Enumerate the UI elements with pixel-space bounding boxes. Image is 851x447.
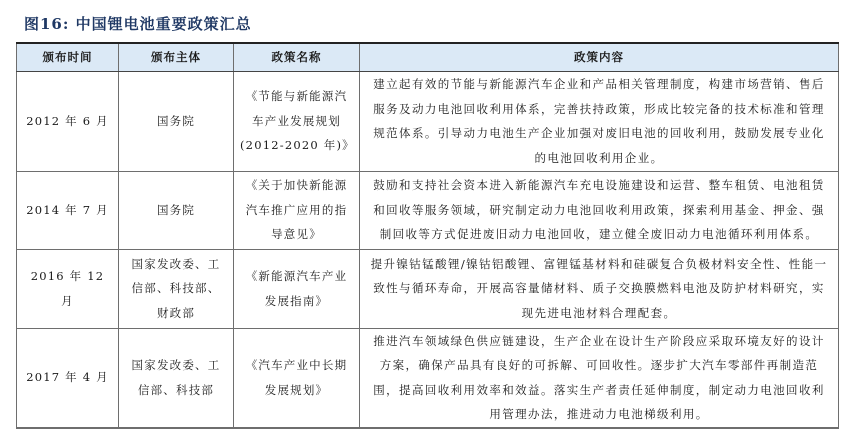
cell-line: 围，提高回收利用效率和效益。落实生产者责任延伸制度，制定动力电池回收利 — [368, 378, 830, 403]
cell-date: 2017 年 4 月 — [17, 328, 119, 428]
cell-line: 《节能与新能源汽 — [240, 84, 353, 109]
cell-policy-name: 《汽车产业中长期 发展规划》 — [234, 328, 360, 428]
cell-line: 服务及动力电池回收利用体系，完善扶持政策，形成比较完备的技术标准和管理 — [368, 97, 830, 122]
cell-line: 国家发改委、工 — [125, 353, 227, 378]
cell-line: 发展指南》 — [240, 289, 353, 314]
header-policy-name: 政策名称 — [234, 43, 360, 71]
cell-line: 车产业发展规划 — [240, 109, 353, 134]
cell-line: 方案，确保产品具有良好的可拆解、可回收性。逐步扩大汽车零部件再制造范 — [368, 353, 830, 378]
cell-line: 发展规划》 — [240, 378, 353, 403]
cell-line: 制回收等方式促进废旧动力电池回收，建立健全废旧动力电池循环利用体系。 — [368, 222, 830, 247]
cell-policy-content: 鼓励和支持社会资本进入新能源汽车充电设施建设和运营、整车租赁、电池租赁 和回收等… — [360, 171, 839, 249]
cell-issuer: 国务院 — [119, 71, 234, 171]
cell-issuer: 国务院 — [119, 171, 234, 249]
cell-policy-content: 推进汽车领域绿色供应链建设，生产企业在设计生产阶段应采取环境友好的设计 方案，确… — [360, 328, 839, 428]
cell-line: 致性与循环寿命，开展高容量储材料、质子交换膜燃料电池及防护材料研究，实 — [368, 276, 830, 301]
cell-line: (2012-2020 年)》 — [240, 133, 353, 158]
table-row: 2016 年 12 月 国家发改委、工 信部、科技部、 财政部 《新能源汽车产业… — [17, 249, 839, 328]
cell-line: 汽车推广应用的指 — [240, 198, 353, 223]
table-row: 2014 年 7 月 国务院 《关于加快新能源 汽车推广应用的指 导意见》 鼓励… — [17, 171, 839, 249]
header-policy-content: 政策内容 — [360, 43, 839, 71]
cell-line: 的电池回收利用企业。 — [368, 146, 830, 171]
cell-line: 鼓励和支持社会资本进入新能源汽车充电设施建设和运营、整车租赁、电池租赁 — [368, 173, 830, 198]
cell-line: 《汽车产业中长期 — [240, 353, 353, 378]
cell-policy-name: 《新能源汽车产业 发展指南》 — [234, 249, 360, 328]
table-row: 2017 年 4 月 国家发改委、工 信部、科技部 《汽车产业中长期 发展规划》… — [17, 328, 839, 428]
cell-policy-name: 《节能与新能源汽 车产业发展规划 (2012-2020 年)》 — [234, 71, 360, 171]
cell-line: 提升镍钴锰酸锂/镍钴铝酸锂、富锂锰基材料和硅碳复合负极材料安全性、性能一 — [368, 252, 830, 277]
figure-title: 图16: 中国锂电池重要政策汇总 — [24, 13, 252, 34]
cell-line: 和回收等服务领域，研究制定动力电池回收利用政策，探索利用基金、押金、强 — [368, 198, 830, 223]
cell-line: 规范体系。引导动力电池生产企业加强对废旧电池的回收利用，鼓励发展专业化 — [368, 121, 830, 146]
cell-line: 推进汽车领域绿色供应链建设，生产企业在设计生产阶段应采取环境友好的设计 — [368, 329, 830, 354]
cell-line: 国家发改委、工 — [125, 252, 227, 277]
cell-line: 《新能源汽车产业 — [240, 264, 353, 289]
cell-line: 建立起有效的节能与新能源汽车企业和产品相关管理制度，构建市场营销、售后 — [368, 72, 830, 97]
table-header-row: 颁布时间 颁布主体 政策名称 政策内容 — [17, 43, 839, 71]
cell-line: 信部、科技部 — [125, 378, 227, 403]
header-date: 颁布时间 — [17, 43, 119, 71]
cell-line: 用管理办法，推进动力电池梯级利用。 — [368, 402, 830, 427]
cell-line: 现先进电池材料合理配套。 — [368, 301, 830, 326]
cell-date: 2012 年 6 月 — [17, 71, 119, 171]
cell-line: 国务院 — [125, 109, 227, 134]
cell-issuer: 国家发改委、工 信部、科技部、 财政部 — [119, 249, 234, 328]
cell-date: 2014 年 7 月 — [17, 171, 119, 249]
cell-line: 信部、科技部、 — [125, 276, 227, 301]
header-issuer: 颁布主体 — [119, 43, 234, 71]
policy-table: 颁布时间 颁布主体 政策名称 政策内容 2012 年 6 月 国务院 《节能与新… — [16, 42, 839, 429]
cell-policy-content: 建立起有效的节能与新能源汽车企业和产品相关管理制度，构建市场营销、售后 服务及动… — [360, 71, 839, 171]
cell-line: 导意见》 — [240, 222, 353, 247]
cell-line: 财政部 — [125, 301, 227, 326]
cell-policy-name: 《关于加快新能源 汽车推广应用的指 导意见》 — [234, 171, 360, 249]
cell-date: 2016 年 12 月 — [17, 249, 119, 328]
cell-line: 国务院 — [125, 198, 227, 223]
cell-line: 《关于加快新能源 — [240, 173, 353, 198]
cell-policy-content: 提升镍钴锰酸锂/镍钴铝酸锂、富锂锰基材料和硅碳复合负极材料安全性、性能一 致性与… — [360, 249, 839, 328]
cell-issuer: 国家发改委、工 信部、科技部 — [119, 328, 234, 428]
table-row: 2012 年 6 月 国务院 《节能与新能源汽 车产业发展规划 (2012-20… — [17, 71, 839, 171]
